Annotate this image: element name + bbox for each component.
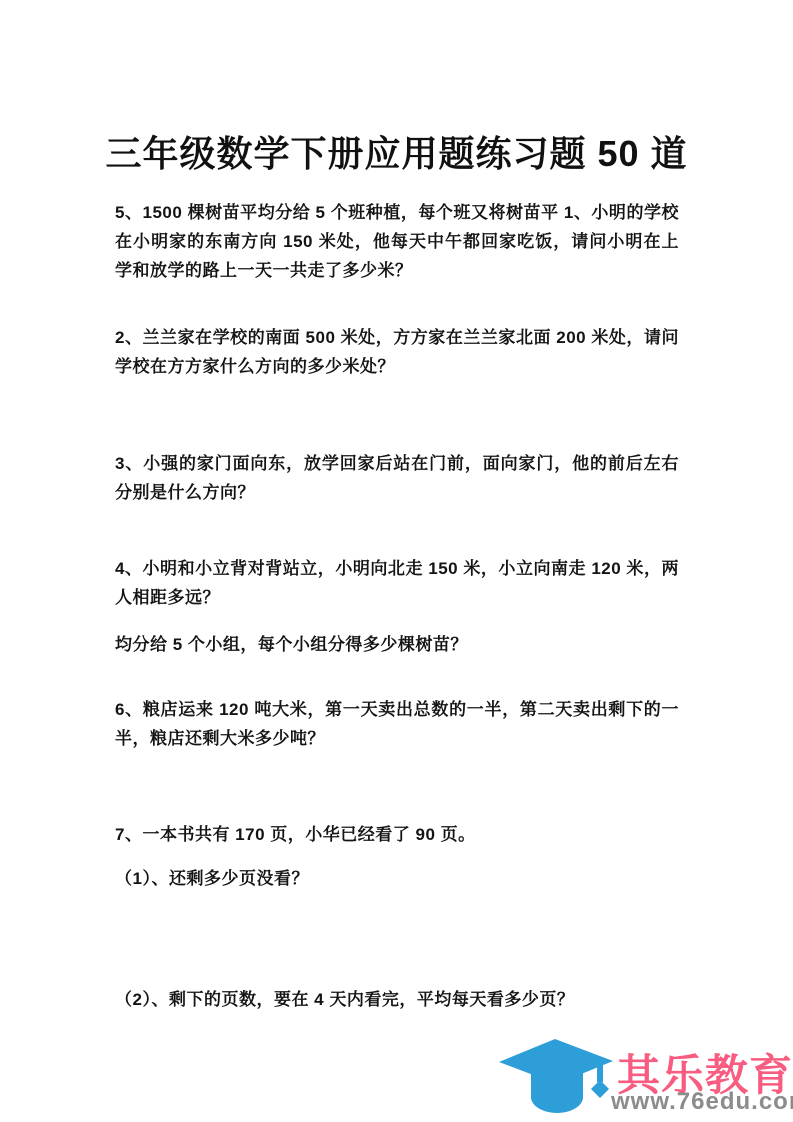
graduation-cap-icon <box>498 1038 620 1118</box>
brand-website: www.76edu.com <box>611 1088 793 1116</box>
problem-text: 2、兰兰家在学校的南面 500 米处，方方家在兰兰家北面 200 米处，请问学校… <box>115 323 679 381</box>
worksheet-page: 三年级数学下册应用题练习题 50 道 5、1500 棵树苗平均分给 5 个班种植… <box>0 0 793 1122</box>
problem-text: 7、一本书共有 170 页，小华已经看了 90 页。 <box>115 820 679 849</box>
problem-text: 4、小明和小立背对背站立，小明向北走 150 米，小立向南走 120 米，两人相… <box>115 554 679 612</box>
problem-subquestion: （2）、剩下的页数，要在 4 天内看完，平均每天看多少页？ <box>115 985 679 1014</box>
brand-logo: 其乐教育 www.76edu.com <box>498 1036 793 1120</box>
problem-subquestion: （1）、还剩多少页没看？ <box>115 864 679 893</box>
problem-text: 3、小强的家门面向东，放学回家后站在门前，面向家门，他的前后左右分别是什么方向？ <box>115 449 679 507</box>
problem-text: 6、粮店运来 120 吨大米，第一天卖出总数的一半，第二天卖出剩下的一半，粮店还… <box>115 695 679 753</box>
problem-text: 5、1500 棵树苗平均分给 5 个班种植，每个班又将树苗平 1、小明的学校在小… <box>115 198 679 285</box>
problem-text-continuation: 均分给 5 个小组，每个小组分得多少棵树苗？ <box>115 630 679 659</box>
page-title: 三年级数学下册应用题练习题 50 道 <box>0 126 793 177</box>
